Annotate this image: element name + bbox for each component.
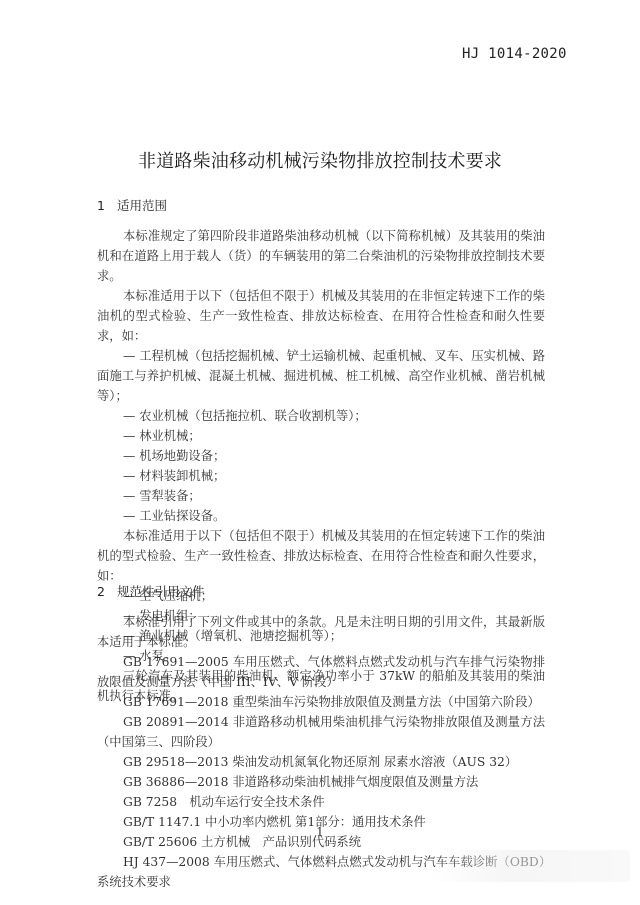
document-title: 非道路柴油移动机械污染物排放控制技术要求 xyxy=(0,147,640,173)
paragraph: 本标准适用于以下（包括但不限于）机械及其装用的在恒定转速下工作的柴油机的型式检验… xyxy=(97,526,545,586)
reference-item: GB 20891—2014 非道路移动机械用柴油机排气污染物排放限值及测量方法（… xyxy=(97,712,545,752)
reference-item: GB 36886—2018 非道路移动柴油机械排气烟度限值及测量方法 xyxy=(97,772,545,792)
standard-code: HJ 1014-2020 xyxy=(462,46,567,62)
reference-item: GB 29518—2013 柴油发动机氮氧化物还原剂 尿素水溶液（AUS 32） xyxy=(97,752,545,772)
list-item: — 工程机械（包括挖掘机械、铲土运输机械、起重机械、叉车、压实机械、路面施工与养… xyxy=(97,346,545,406)
section-number: 2 xyxy=(97,584,117,599)
reference-item: GB 7258 机动车运行安全技术条件 xyxy=(97,792,545,812)
faint-watermark xyxy=(430,850,630,882)
section-title: 规范性引用文件 xyxy=(117,584,205,599)
section-number: 1 xyxy=(97,198,117,213)
reference-item: GB 17691—2018 重型柴油车污染物排放限值及测量方法（中国第六阶段） xyxy=(97,692,545,712)
paragraph: 本标准引用了下列文件或其中的条款。凡是未注明日期的引用文件，其最新版本适用于本标… xyxy=(97,612,545,652)
list-item: — 林业机械； xyxy=(97,426,545,446)
document-page: HJ 1014-2020 非道路柴油移动机械污染物排放控制技术要求 1适用范围 … xyxy=(0,0,640,905)
page-number: 1 xyxy=(0,825,640,839)
section-1-heading: 1适用范围 xyxy=(97,196,167,214)
list-item: — 材料装卸机械； xyxy=(97,466,545,486)
paragraph: 本标准规定了第四阶段非道路柴油移动机械（以下简称机械）及其装用的柴油机和在道路上… xyxy=(97,226,545,286)
list-item: — 农业机械（包括拖拉机、联合收割机等）； xyxy=(97,406,545,426)
section-2-heading: 2规范性引用文件 xyxy=(97,582,205,600)
list-item: — 工业钻探设备。 xyxy=(97,506,545,526)
reference-item: GB 17691—2005 车用压燃式、气体燃料点燃式发动机与汽车排气污染物排放… xyxy=(97,652,545,692)
list-item: — 机场地勤设备； xyxy=(97,446,545,466)
paragraph: 本标准适用于以下（包括但不限于）机械及其装用的在非恒定转速下工作的柴油机的型式检… xyxy=(97,286,545,346)
list-item: — 雪犁装备； xyxy=(97,486,545,506)
section-title: 适用范围 xyxy=(117,198,167,213)
